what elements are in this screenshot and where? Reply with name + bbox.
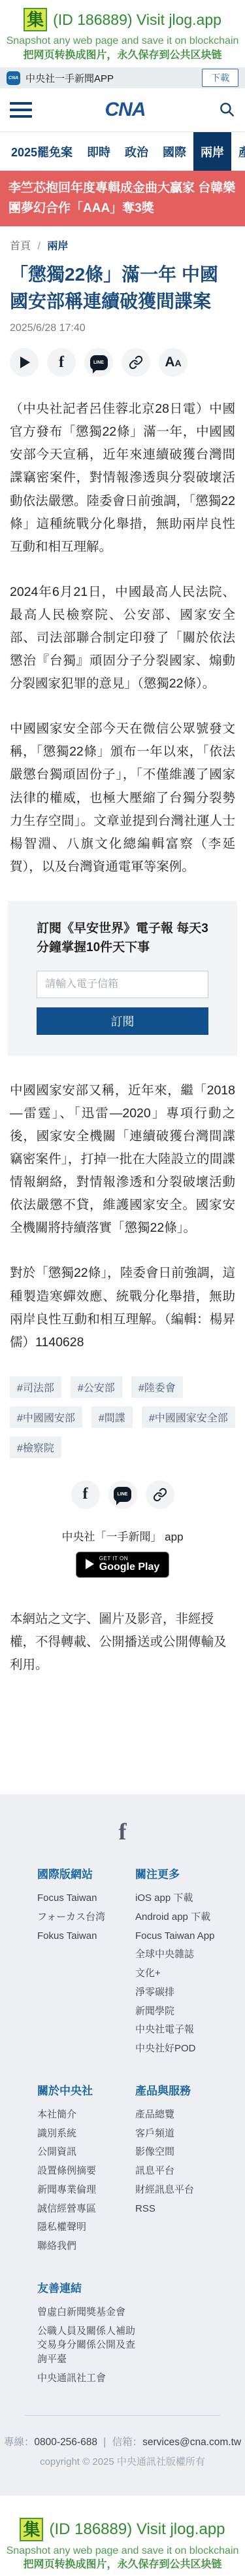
line-share-icon[interactable]: LINE (108, 1480, 137, 1509)
jlog-title: (ID 186889) Visit jlog.app (49, 2520, 225, 2539)
footer-link[interactable]: Android app 下載 (135, 1910, 210, 1924)
footer-link[interactable]: 識別系統 (37, 2127, 76, 2141)
tag-list: #司法部#公安部#陸委會#中國國安部#間諜#中國國家安全部#檢察院 (10, 1376, 235, 1458)
footer-link[interactable]: 全球中央雜誌 (135, 1947, 194, 1962)
article-paragraph: （中央社記者呂佳蓉北京28日電）中國官方發布「懲獨22條」滿一年，中國國安部今天… (10, 398, 235, 559)
badge-google-play: Google Play (99, 1561, 159, 1573)
footer-link[interactable]: 中央社好POD (135, 2042, 196, 2056)
footer-column: 關於中央社 本社簡介識別系統公開資訊設置條例摘要新聞專業倫理誠信經營專區隱私權聲… (37, 2081, 135, 2258)
jlog-link[interactable]: 集 (ID 186889) Visit jlog.app (0, 8, 245, 31)
jlog-title: (ID 186889) Visit jlog.app (53, 11, 221, 29)
copy-link-icon[interactable] (122, 348, 150, 377)
app-download-button[interactable]: 下載 (202, 69, 238, 87)
share-toolbar: f LINE AA (0, 334, 245, 381)
footer-contact: 專線：0800-256-688 | 信箱：services@cna.com.tw (0, 2434, 245, 2448)
jlog-subtitle-en: Snapshot any web page and save it on blo… (0, 34, 245, 48)
footer-link[interactable]: 聯絡我們 (37, 2239, 76, 2254)
tag-chip[interactable]: #中國國家安全部 (142, 1406, 235, 1428)
footer-link[interactable]: 中央通訊社工會 (37, 2371, 106, 2386)
contact-separator: | (103, 2437, 106, 2448)
footer-link[interactable]: 隱私權聲明 (37, 2220, 86, 2235)
footer-column: 國際版網站 Focus Taiwanフォーカス台湾Fokus Taiwan (37, 1865, 135, 2061)
email-input[interactable] (37, 971, 208, 998)
facebook-share-icon[interactable]: f (71, 1480, 100, 1509)
footer-divider (25, 2415, 220, 2416)
article-paragraph: 2024年6月21日，中國最高人民法院、最高人民檢察院、公安部、國家安全部、司法… (10, 581, 235, 695)
footer-link[interactable]: 財經訊息平台 (135, 2183, 194, 2197)
breadcrumb: 首頁 / 兩岸 (0, 226, 245, 252)
tag-chip[interactable]: #公安部 (71, 1376, 122, 1398)
article-body-continued: 中國國家安部又稱，近年來，繼「2018—雷霆」、「迅雷—2020」專項行動之後，… (0, 1079, 245, 1354)
email-label: 信箱： (112, 2437, 143, 2448)
tag-chip[interactable]: #間諜 (91, 1406, 133, 1428)
tag-chip[interactable]: #檢察院 (10, 1436, 61, 1458)
footer-link[interactable]: 公開資訊 (37, 2145, 76, 2159)
footer-columns: 國際版網站 Focus Taiwanフォーカス台湾Fokus Taiwan 關注… (0, 1845, 245, 2390)
menu-icon[interactable] (10, 98, 32, 122)
article-date: 2025/6/28 17:40 (10, 322, 235, 334)
app-download-bar: CNA 中央社一手新聞APP 下載 (0, 67, 245, 88)
footer-heading: 關注更多 (135, 1865, 225, 1881)
footer-link[interactable]: 曾虛白新聞獎基金會 (37, 2305, 125, 2320)
hotline-number[interactable]: 0800-256-688 (34, 2437, 97, 2448)
footer-column: 產品與服務 產品總覽客戶頻道影像空間訊息平台財經訊息平台RSS (135, 2081, 225, 2258)
footer-link[interactable]: 文化+ (135, 1966, 161, 1981)
footer-link[interactable]: 設置條例摘要 (37, 2164, 96, 2178)
footer-link[interactable]: 影像空間 (135, 2145, 174, 2159)
footer-link[interactable]: 本社簡介 (37, 2108, 76, 2122)
cna-logo[interactable]: CNA (105, 99, 146, 121)
footer-link[interactable]: 產品總覽 (135, 2108, 174, 2122)
footer-link[interactable]: 淨零碳排 (135, 1985, 174, 2000)
tag-chip[interactable]: #司法部 (10, 1376, 61, 1398)
app-bar-title: 中央社一手新聞APP (25, 71, 197, 85)
play-audio-icon[interactable] (10, 348, 39, 377)
tag-chip[interactable]: #中國國安部 (10, 1406, 82, 1428)
jlog-banner-bottom: 集 (ID 186889) Visit jlog.app Snapshot an… (0, 2496, 245, 2576)
section-nav: 2025罷免案 即時 政治 國際 兩岸 產經 (0, 131, 245, 171)
footer-heading: 產品與服務 (135, 2081, 225, 2098)
newsletter-title: 訂閱《早安世界》電子報 每天3分鐘掌握10件天下事 (37, 919, 208, 958)
footer-link[interactable]: Fokus Taiwan (37, 1929, 97, 1943)
footer-heading: 友善連結 (37, 2279, 135, 2295)
footer-link[interactable]: 誠信經營專區 (37, 2202, 96, 2216)
footer-link[interactable]: Focus Taiwan App (135, 1929, 214, 1943)
copy-link-icon[interactable] (146, 1480, 174, 1509)
ad-space (0, 1677, 245, 1794)
footer-link[interactable]: フォーカス台湾 (37, 1910, 105, 1924)
breadcrumb-section[interactable]: 兩岸 (47, 241, 68, 252)
breaking-news-banner[interactable]: 李竺芯抱回年度專輯成金曲大贏家 台韓樂團夢幻合作「AAA」奪3獎 (0, 171, 245, 226)
footer-link[interactable]: 中央社電子報 (135, 2023, 194, 2037)
font-size-icon[interactable]: AA (159, 348, 188, 377)
footer-link[interactable]: 公職人員及關係人補助交易身分關係公開及查詢平臺 (37, 2324, 135, 2367)
breadcrumb-home[interactable]: 首頁 (10, 241, 31, 252)
footer-copyright: copyright © 2025 中央通訊社版權所有 (0, 2454, 245, 2468)
copyright-notice: 本網站之文字、圖片及影音，非經授權，不得轉載、公開播送或公開傳輸及利用。 (10, 1608, 235, 1677)
app-promo-title: 中央社「一手新聞」 app (0, 1527, 245, 1544)
footer-heading: 關於中央社 (37, 2081, 135, 2098)
footer-link[interactable]: RSS (135, 2202, 155, 2216)
nav-tab[interactable]: 兩岸 (193, 132, 231, 171)
footer: f 國際版網站 Focus Taiwanフォーカス台湾Fokus Taiwan … (0, 1794, 245, 2496)
jlog-banner-top: 集 (ID 186889) Visit jlog.app Snapshot an… (0, 0, 245, 67)
nav-tab[interactable]: 政治 (118, 132, 155, 171)
breadcrumb-separator: / (37, 241, 40, 252)
article-title: 「懲獨22條」滿一年 中國國安部稱連續破獲間諜案 (10, 262, 235, 315)
footer-link[interactable]: iOS app 下載 (135, 1891, 193, 1906)
jlog-subtitle-en: Snapshot any web page and save it on blo… (0, 2544, 245, 2558)
article-paragraph: 中國國家安部又稱，近年來，繼「2018—雷霆」、「迅雷—2020」專項行動之後，… (10, 1079, 235, 1240)
share-toolbar-bottom: f LINE (0, 1458, 245, 1509)
tag-chip[interactable]: #陸委會 (131, 1376, 183, 1398)
hotline-label: 專線： (4, 2437, 35, 2448)
article-body: （中央社記者呂佳蓉北京28日電）中國官方發布「懲獨22條」滿一年，中國國安部今天… (0, 398, 245, 879)
facebook-share-icon[interactable]: f (47, 348, 76, 377)
badge-get-it-on: GET IT ON (99, 1556, 128, 1561)
jlog-logo-icon: 集 (20, 2518, 43, 2541)
header: CNA (0, 88, 245, 131)
jlog-subtitle-zh: 把网页转换成图片，永久保存到公共区块链 (0, 48, 245, 63)
footer-link[interactable]: 新聞專業倫理 (37, 2183, 96, 2197)
app-promo: 中央社「一手新聞」 app GET IT ON Google Play (0, 1527, 245, 1578)
footer-link[interactable]: 訊息平台 (135, 2164, 174, 2178)
search-icon[interactable] (218, 101, 235, 120)
nav-tab[interactable]: 國際 (155, 132, 193, 171)
nav-tab[interactable]: 產經 (231, 132, 245, 171)
article-paragraph: 對於「懲獨22條」，陸委會日前強調，這種製造寒蟬效應、統戰分化舉措，無助兩岸良性… (10, 1262, 235, 1353)
play-store-icon (86, 1559, 94, 1569)
newsletter-box: 訂閱《早安世界》電子報 每天3分鐘掌握10件天下事 訂閱 (8, 901, 237, 1056)
jlog-subtitle-zh: 把网页转换成图片，永久保存到公共区块链 (0, 2558, 245, 2572)
footer-column: 關注更多 iOS app 下載Android app 下載Focus Taiwa… (135, 1865, 225, 2061)
footer-link[interactable]: Focus Taiwan (37, 1891, 97, 1906)
line-share-icon[interactable]: LINE (84, 348, 113, 377)
footer-heading: 國際版網站 (37, 1865, 135, 1881)
subscribe-button[interactable]: 訂閱 (37, 1007, 208, 1035)
google-play-badge[interactable]: GET IT ON Google Play (76, 1552, 169, 1578)
cna-app-icon: CNA (7, 71, 20, 85)
jlog-logo-icon: 集 (24, 8, 47, 31)
nav-tab[interactable]: 2025罷免案 (4, 132, 80, 171)
footer-facebook-icon[interactable]: f (0, 1818, 245, 1845)
nav-tab[interactable]: 即時 (80, 132, 118, 171)
footer-column: 友善連結 曾虛白新聞獎基金會公職人員及關係人補助交易身分關係公開及查詢平臺中央通… (37, 2279, 135, 2390)
footer-link[interactable]: 新聞學院 (135, 2004, 174, 2019)
article-paragraph: 中國國家安全部今天在微信公眾號發文稱，「懲獨22條」頒布一年以來，「依法嚴懲台獨… (10, 718, 235, 879)
footer-link[interactable]: 客戶頻道 (135, 2127, 174, 2141)
contact-email[interactable]: services@cna.com.tw (142, 2437, 241, 2448)
jlog-link[interactable]: 集 (ID 186889) Visit jlog.app (0, 2518, 245, 2541)
